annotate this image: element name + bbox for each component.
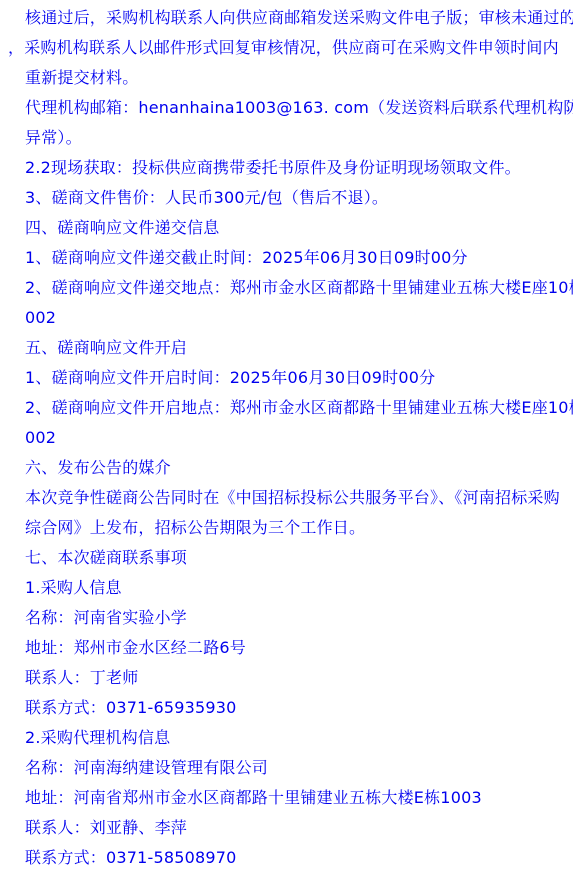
announcement-media-line-wrap: 综合网》上发布，招标公告期限为三个工作日。: [25, 513, 573, 543]
document-line: 重新提交材料。: [25, 63, 573, 93]
submission-address-line-wrap: 002: [25, 303, 573, 333]
agency-email-line: 代理机构邮箱：henanhaina1003@163. com（发送资料后联系代理…: [25, 93, 573, 123]
section-heading-announcement-media: 六、发布公告的媒介: [25, 453, 573, 483]
agency-name-line: 名称：河南海纳建设管理有限公司: [25, 753, 573, 783]
purchaser-contact-line: 联系人：丁老师: [25, 663, 573, 693]
submission-address-line: 2、磋商响应文件递交地点：郑州市金水区商都路十里铺建业五栋大楼E座10楼1: [25, 273, 573, 303]
purchaser-name-line: 名称：河南省实验小学: [25, 603, 573, 633]
section-heading-submission-info: 四、磋商响应文件递交信息: [25, 213, 573, 243]
agency-address-line: 地址：河南省郑州市金水区商都路十里铺建业五栋大楼E栋1003: [25, 783, 573, 813]
purchaser-phone-line: 联系方式：0371-65935930: [25, 693, 573, 723]
announcement-media-line: 本次竞争性磋商公告同时在《中国招标投标公共服务平台》、《河南招标采购: [25, 483, 573, 513]
document-line: ，采购机构联系人以邮件形式回复审核情况，供应商可在采购文件申领时间内: [8, 33, 573, 63]
purchaser-info-heading: 1.采购人信息: [25, 573, 573, 603]
opening-address-line: 2、磋商响应文件开启地点：郑州市金水区商都路十里铺建业五栋大楼E座10楼1: [25, 393, 573, 423]
opening-address-line-wrap: 002: [25, 423, 573, 453]
opening-time-line: 1、磋商响应文件开启时间：2025年06月30日09时00分: [25, 363, 573, 393]
section-heading-opening-info: 五、磋商响应文件开启: [25, 333, 573, 363]
agency-info-heading: 2.采购代理机构信息: [25, 723, 573, 753]
document-line: 异常）。: [25, 123, 573, 153]
onsite-pickup-line: 2.2现场获取：投标供应商携带委托书原件及身份证明现场领取文件。: [25, 153, 573, 183]
agency-contact-line: 联系人：刘亚静、李萍: [25, 813, 573, 843]
document-price-line: 3、磋商文件售价：人民币300元/包（售后不退）。: [25, 183, 573, 213]
section-heading-contact-matters: 七、本次磋商联系事项: [25, 543, 573, 573]
submission-deadline-line: 1、磋商响应文件递交截止时间：2025年06月30日09时00分: [25, 243, 573, 273]
document-line: 核通过后，采购机构联系人向供应商邮箱发送采购文件电子版；审核未通过的: [25, 3, 573, 33]
purchaser-address-line: 地址：郑州市金水区经二路6号: [25, 633, 573, 663]
procurement-announcement-document: 核通过后，采购机构联系人向供应商邮箱发送采购文件电子版；审核未通过的 ，采购机构…: [0, 0, 573, 873]
agency-phone-line: 联系方式：0371-58508970: [25, 843, 573, 873]
